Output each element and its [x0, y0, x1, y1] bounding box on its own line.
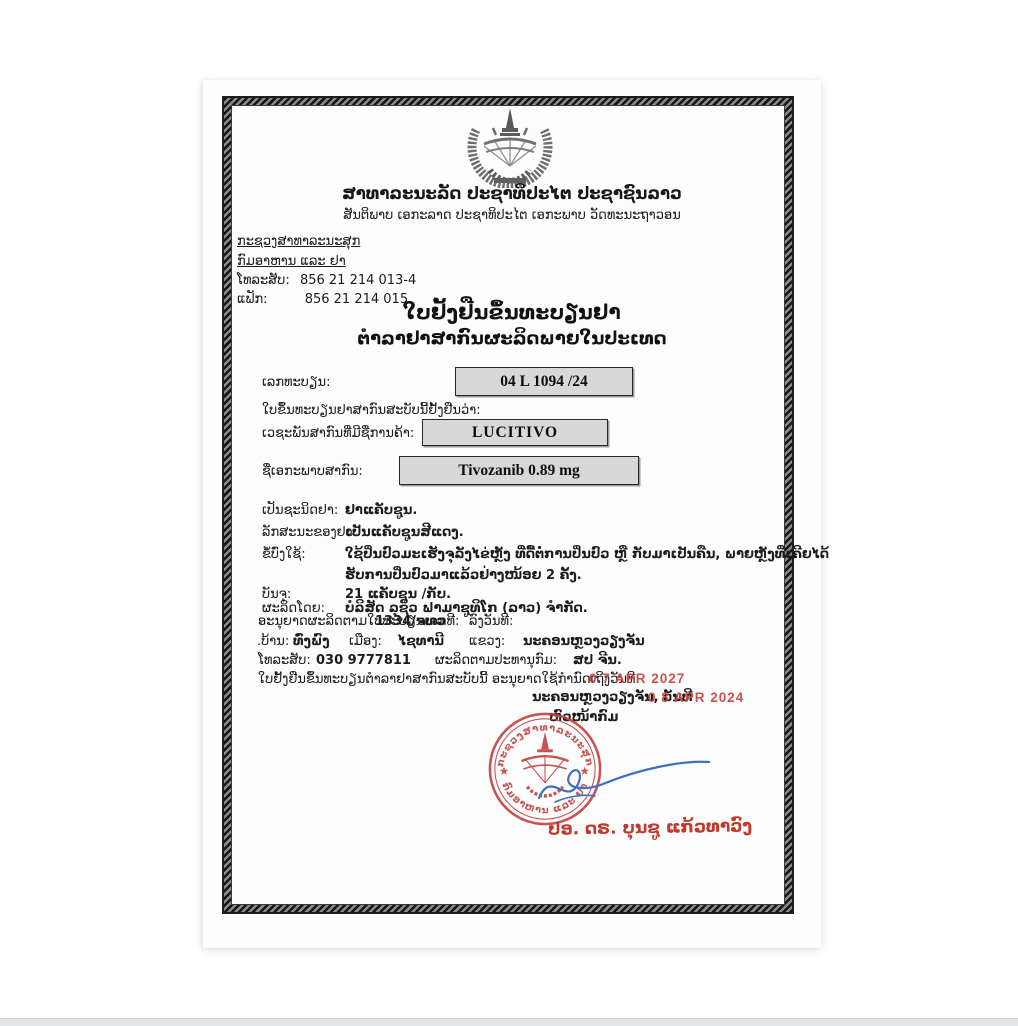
signer-name: ປອ. ດຣ. ບຸນຊູ ແກ້ວທາວົງ [548, 816, 752, 840]
province-value: ນະຄອນຫຼວງວຽງຈັນ [523, 634, 645, 650]
district-value: ໄຊທານີ [398, 634, 444, 650]
generic-name-label: ຊື່ເອກະພາບສາກົນ: [262, 464, 363, 480]
drug-type-value: ຢາແຄັບຊູນ. [345, 503, 417, 519]
certificate-title-line2: ຕຳລາຢາສາກົນຜະລິດພາຍໃນປະເທດ [203, 328, 821, 351]
department-name: ກົມອາຫານ ແລະ ຢາ [237, 254, 346, 270]
drug-type-label: ເປັນຊະນິດຢາ: [262, 503, 338, 519]
certificate-page: ສາທາລະນະລັດ ປະຊາທິປະໄຕ ປະຊາຊົນລາວ ສັນຕິພ… [203, 80, 821, 948]
phone-value: 030 9777811 [316, 653, 411, 669]
motto-header: ສັນຕິພາບ ເອກະລາດ ປະຊາທິປະໄຕ ເອກະພາບ ວັດທ… [203, 208, 821, 224]
village-label: .ບ້ານ: [257, 634, 289, 650]
validity-date-stamp: 0 7 APR 2027 [589, 671, 685, 686]
certify-line: ໃບຂຶ້ນທະບຽນຢາສາກົນສະບັບນີ້ຢັ້ງຢືນວ່າ: [262, 403, 481, 419]
license-value: 1334/ຈທວ [375, 614, 446, 630]
country-header: ສາທາລະນະລັດ ປະຊາທິປະໄຕ ປະຊາຊົນລາວ [203, 184, 821, 205]
pharmacopoeia-value: ສປ ຈີນ. [573, 653, 622, 669]
telephone-value: 856 21 214 013-4 [300, 273, 416, 288]
trade-name-label: ເວຊະພັນສາກົນທີ່ມີຊື່ການຄ້າ: [262, 426, 414, 442]
registration-number-box: 04 L 1094 /24 [455, 367, 633, 396]
trade-name-box: LUCITIVO [422, 419, 608, 446]
screenshot-root: ສາທາລະນະລັດ ປະຊາທິປະໄຕ ປະຊາຊົນລາວ ສັນຕິພ… [0, 0, 1018, 1026]
generic-name-box: Tivozanib 0.89 mg [399, 456, 639, 485]
telephone-line: ໂທລະສັບ: 856 21 214 013-4 [237, 273, 416, 289]
lao-national-emblem-icon [460, 104, 560, 188]
province-label: ແຂວງ: [469, 634, 505, 650]
indication-line2: ຮັບການປິ່ນປົວມາແລ້ວຢ່າງໜ້ອຍ 2 ຄັ້ງ. [345, 568, 582, 584]
indication-label: ຂໍ້ບົ່ງໃຊ້: [262, 547, 306, 563]
ministry-name: ກະຊວງສາທາລະນະສຸກ [237, 234, 360, 250]
district-label: ເມືອງ: [349, 634, 382, 650]
window-bottom-bar [0, 1018, 1018, 1026]
telephone-label: ໂທລະສັບ: [237, 273, 290, 288]
certificate-title-line1: ໃບຢັ້ງຢືນຂຶ້ນທະບຽນຢາ [203, 300, 821, 325]
pharmacopoeia-label: ຜະລິດຕາມປະທານຸກົມ: [435, 653, 557, 669]
phone-label: ໂທລະສັບ: [258, 653, 311, 669]
issue-date-stamp: 0 8 APR 2024 [648, 690, 744, 705]
appearance-label: ລັກສະນະຂອງຢາ: [262, 525, 357, 541]
appearance-value: ເປັນແຄັບຊູນສີແດງ. [345, 525, 464, 541]
registration-number-label: ເລກທະບຽນ: [262, 375, 330, 391]
stamp-star-left-icon: ★ [499, 764, 510, 778]
indication-line1: ໃຊ້ປິ່ນປົວມະເຮັງຈຸລັງໄຂ່ຫຼັງ ທີ່ດື້ຕໍ່ກາ… [345, 547, 829, 563]
license-date-label: ລົງວັນທີ: [469, 614, 513, 630]
validity-label: ໃບຢັ້ງຢືນຂຶ້ນທະບຽນຕຳລາຢາສາກົນສະບັບນີ້ ອະ… [258, 672, 640, 688]
signature-ink [525, 742, 721, 812]
village-value: ທົ່ງພົງ [293, 634, 330, 650]
